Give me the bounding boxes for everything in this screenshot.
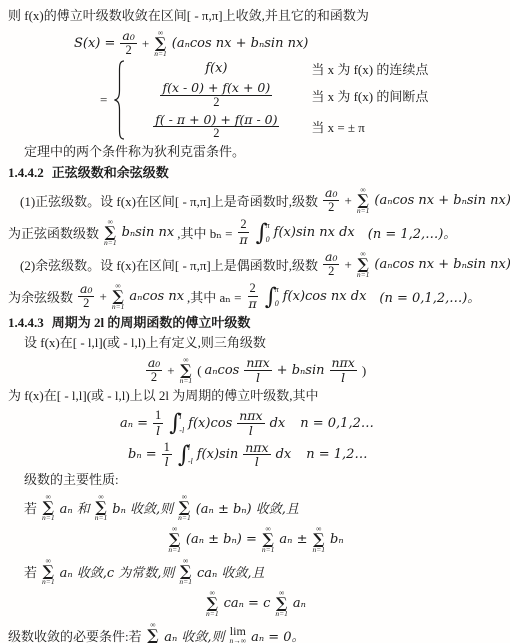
text-fragment: ,其中 bₙ = — [177, 223, 232, 242]
property1-formula: ∞ ∑ n=1 (aₙ ± bₙ) = ∞ ∑ n=1 aₙ ± ∞ ∑ n=1… — [8, 525, 502, 554]
text-fragment: 级数收敛的必要条件:若 — [8, 626, 142, 643]
fraction-numerator: 1 — [153, 409, 163, 424]
sum-symbol: ∞ ∑ n=1 — [262, 525, 275, 554]
formula-lhs: aₙ = — [120, 416, 148, 431]
series-term: (aₙ ± bₙ) 收敛,且 — [196, 498, 299, 517]
dx-symbol: dx — [270, 416, 286, 431]
fraction-denominator: l — [339, 371, 347, 385]
sum-lower-limit: n=1 — [179, 578, 192, 586]
sigma-icon: ∑ — [313, 532, 324, 546]
section-number: 1.4.4.3 — [8, 312, 44, 333]
sum-symbol: ∞ ∑ n=1 — [95, 493, 108, 522]
series-term: aₙ ± — [279, 532, 307, 547]
fraction-numerator: a₀ — [323, 250, 339, 265]
integrand: f(x)sin nx dx — [274, 225, 355, 240]
integral-limits: l -l — [179, 412, 184, 435]
fraction-denominator: l — [163, 455, 171, 469]
necessary-condition-line: 级数收敛的必要条件:若 ∞ ∑ n=1 aₙ 收敛,则 lim n→∞ aₙ =… — [8, 621, 502, 643]
sigma-icon: ∑ — [276, 596, 287, 610]
sigma-icon: ∑ — [262, 532, 273, 546]
fraction-numerator: 1 — [162, 441, 172, 456]
series-term: aₙ — [293, 596, 306, 611]
sum-symbol: ∞ ∑ n=1 — [275, 589, 288, 618]
fraction-numerator: 2 — [248, 282, 258, 297]
integral-upper-limit: l — [179, 412, 184, 421]
fraction-numerator: f( - π + 0) + f(π - 0) — [153, 113, 279, 128]
sigma-icon: ∑ — [95, 500, 106, 514]
integral-limits: l -l — [188, 443, 193, 466]
textbook-page: 则 f(x)的傅立叶级数收敛在区间[ - π,π]上收敛,并且它的和函数为 S(… — [0, 0, 510, 643]
fraction-1-over-l: 1 l — [162, 441, 172, 470]
section-number: 1.4.4.2 — [8, 162, 44, 183]
fraction-denominator: 2 — [211, 127, 221, 141]
plus-sign: + — [344, 257, 351, 273]
fraction-denominator: 2 — [326, 265, 336, 279]
fraction-npix-over-l: nπx l — [330, 356, 357, 385]
plus-sign: + — [99, 289, 106, 305]
fraction-a0-over-2: a₀ 2 — [323, 250, 339, 279]
integral-lower-limit: -l — [188, 457, 193, 466]
index-range: (n = 1,2,…)。 — [368, 223, 456, 242]
plus-sign: + — [344, 193, 351, 209]
fraction-denominator: 2 — [211, 96, 221, 110]
fraction-denominator: l — [154, 424, 162, 438]
sigma-icon: ∑ — [179, 500, 190, 514]
fraction: f( - π + 0) + f(π - 0) 2 — [153, 113, 279, 142]
text-fragment: 若 — [24, 498, 37, 517]
series-term: bₙ 收敛,则 — [112, 498, 173, 517]
sum-symbol: ∞ ∑ n=1 — [147, 621, 160, 643]
sigma-icon: ∑ — [207, 596, 218, 610]
index-range: (n = 0,1,2,…)。 — [379, 287, 480, 306]
text-fragment: 为正弦函数级数 — [8, 223, 99, 242]
fraction-npix-over-l: nπx l — [243, 441, 270, 470]
dirichlet-note: 定理中的两个条件称为狄利克雷条件。 — [8, 142, 502, 162]
integrand: f(x)sin — [197, 447, 239, 462]
intro-line: 则 f(x)的傅立叶级数收敛在区间[ - π,π]上收敛,并且它的和函数为 — [8, 6, 502, 26]
sum-lower-limit: n=1 — [262, 546, 275, 554]
text-fragment: (2)余弦级数。设 f(x)在区间[ - π,π]上是偶函数时,级数 — [20, 255, 318, 274]
term-sin: + bₙsin — [277, 363, 325, 378]
integral-upper-limit: π — [266, 221, 270, 230]
fraction-numerator: nπx — [330, 356, 357, 371]
property1-statement: 若 ∞ ∑ n=1 aₙ 和 ∞ ∑ n=1 bₙ 收敛,则 ∞ ∑ n=1 (… — [8, 493, 502, 522]
series-term: aₙ 收敛,c 为常数,则 — [60, 562, 175, 581]
sum-symbol: ∞ ∑ n=1 — [312, 525, 325, 554]
sigma-icon: ∑ — [180, 363, 191, 377]
fraction-denominator: 2 — [326, 201, 336, 215]
section-title: 正弦级数和余弦级数 — [52, 162, 169, 183]
fraction-1-over-l: 1 l — [153, 409, 163, 438]
piecewise-definition: = f(x) 当 x 为 f(x) 的连续点 f(x - 0) + f(x + … — [100, 59, 502, 141]
sum-lower-limit: n=1 — [168, 546, 181, 554]
sum-symbol: ∞ ∑ n=1 — [206, 589, 219, 618]
integral: ∫ π 0 — [265, 285, 279, 308]
term-cos: aₙcos — [205, 363, 240, 378]
series-terms: (aₙcos nx + bₙsin nx) — [374, 193, 510, 208]
fraction-a0-over-2: a₀ 2 — [146, 356, 162, 385]
sum-symbol: ∞ ∑ n=1 — [154, 29, 167, 58]
case-expression: f(x) — [127, 61, 305, 76]
fraction-2-over-pi: 2 π — [247, 282, 259, 311]
fraction-numerator: f(x - 0) + f(x + 0) — [160, 81, 272, 96]
fraction-2-over-pi: 2 π — [237, 218, 249, 247]
sum-symbol: ∞ ∑ n=1 — [112, 282, 125, 311]
case-expression: f(x - 0) + f(x + 0) 2 — [127, 81, 305, 110]
sum-lower-limit: n=1 — [154, 50, 167, 58]
sum-symbol: ∞ ∑ n=1 — [42, 557, 55, 586]
close-paren: ) — [362, 363, 366, 379]
fraction-a0-over-2: a₀ 2 — [78, 282, 94, 311]
period2l-line2: 为 f(x)在[ - l,l](或 - l,l)上以 2l 为周期的傅立叶级数,… — [8, 386, 502, 406]
plus-sign: + — [167, 363, 174, 379]
integral-limits: π 0 — [266, 221, 270, 244]
limit-symbol: lim n→∞ — [229, 626, 246, 643]
fraction-a0-over-2: a₀ 2 — [323, 186, 339, 215]
sum-symbol: ∞ ∑ n=1 — [357, 250, 370, 279]
bn-coefficient-formula: bₙ = 1 l ∫ l -l f(x)sin nπx l dx n = 1,2… — [128, 441, 502, 470]
formula-lhs: bₙ = — [128, 447, 157, 462]
sigma-icon: ∑ — [169, 532, 180, 546]
sigma-icon: ∑ — [147, 628, 158, 642]
section-heading-1443: 1.4.4.3 周期为 2l 的周期函数的傅立叶级数 — [8, 312, 502, 333]
fraction-denominator: l — [247, 424, 255, 438]
trig-series-formula: a₀ 2 + ∞ ∑ n=1 ( aₙcos nπx l + bₙsin nπx… — [8, 356, 502, 385]
sum-lower-limit: n=1 — [42, 514, 55, 522]
fraction-numerator: a₀ — [78, 282, 94, 297]
text-fragment: (1)正弦级数。设 f(x)在区间[ - π,π]上是奇函数时,级数 — [20, 191, 318, 210]
an-coefficient-formula: aₙ = 1 l ∫ l -l f(x)cos nπx l dx n = 0,1… — [120, 409, 502, 438]
integral-upper-limit: π — [275, 285, 279, 294]
series-term: caₙ 收敛,且 — [197, 562, 265, 581]
integral-lower-limit: 0 — [266, 235, 270, 244]
series-term: aₙ 收敛,则 — [164, 626, 224, 643]
fraction-denominator: 2 — [124, 44, 134, 58]
sum-symbol: ∞ ∑ n=1 — [357, 186, 370, 215]
equals-sign: = — [100, 92, 107, 108]
cosine-series-line1: (2)余弦级数。设 f(x)在区间[ - π,π]上是偶函数时,级数 a₀ 2 … — [8, 250, 502, 279]
integral: ∫ π 0 — [256, 221, 270, 244]
open-paren: ( — [197, 363, 201, 379]
fraction-denominator: 2 — [81, 297, 91, 311]
sigma-icon: ∑ — [105, 225, 116, 239]
property2-statement: 若 ∞ ∑ n=1 aₙ 收敛,c 为常数,则 ∞ ∑ n=1 caₙ 收敛,且 — [8, 557, 502, 586]
series-terms: bₙsin nx — [122, 225, 175, 240]
integral: ∫ l -l — [169, 412, 184, 435]
sum-symbol: ∞ ∑ n=1 — [178, 493, 191, 522]
sum-lower-limit: n=1 — [206, 610, 219, 618]
sum-lower-limit: n=1 — [357, 207, 370, 215]
case-condition: 当 x 为 f(x) 的间断点 — [311, 86, 428, 105]
series-terms: aₙcos nx — [129, 289, 184, 304]
fraction-npix-over-l: nπx l — [244, 356, 271, 385]
sum-lower-limit: n=1 — [95, 514, 108, 522]
piecewise-case-endpoints: f( - π + 0) + f(π - 0) 2 当 x = ± π — [127, 113, 428, 142]
piecewise-cases: f(x) 当 x 为 f(x) 的连续点 f(x - 0) + f(x + 0)… — [127, 59, 428, 141]
fraction-a0-over-2: a₀ 2 — [120, 29, 136, 58]
section-title: 周期为 2l 的周期函数的傅立叶级数 — [52, 312, 251, 333]
series-terms: (aₙcos nx + bₙsin nx) — [172, 36, 309, 51]
series-term: aₙ 和 — [60, 498, 90, 517]
section-heading-1442: 1.4.4.2 正弦级数和余弦级数 — [8, 162, 502, 183]
left-brace-icon — [114, 60, 125, 140]
sum-lower-limit: n=1 — [178, 514, 191, 522]
sum-lower-limit: n=1 — [357, 271, 370, 279]
sum-symbol: ∞ ∑ n=1 — [168, 525, 181, 554]
plus-sign: + — [142, 36, 149, 52]
fraction: f(x - 0) + f(x + 0) 2 — [160, 81, 272, 110]
properties-heading: 级数的主要性质: — [8, 470, 502, 490]
fraction-denominator: π — [237, 233, 249, 247]
fraction-denominator: π — [247, 297, 259, 311]
index-range: n = 0,1,2… — [300, 416, 374, 431]
fraction-denominator: l — [253, 455, 261, 469]
limit-result: aₙ = 0。 — [251, 626, 304, 643]
sine-series-line1: (1)正弦级数。设 f(x)在区间[ - π,π]上是奇函数时,级数 a₀ 2 … — [8, 186, 502, 215]
piecewise-case-discontinuous: f(x - 0) + f(x + 0) 2 当 x 为 f(x) 的间断点 — [127, 81, 428, 110]
fraction-denominator: 2 — [149, 371, 159, 385]
case-condition: 当 x 为 f(x) 的连续点 — [311, 59, 428, 78]
dx-symbol: dx — [276, 447, 292, 462]
series-term: (aₙ ± bₙ) = — [186, 532, 257, 547]
series-term: bₙ — [330, 532, 344, 547]
sigma-icon: ∑ — [357, 193, 368, 207]
cosine-series-line2: 为余弦级数 a₀ 2 + ∞ ∑ n=1 aₙcos nx ,其中 aₙ = 2… — [8, 282, 502, 311]
fraction-numerator: nπx — [243, 441, 270, 456]
lim-subscript: n→∞ — [229, 637, 246, 643]
fraction-denominator: l — [254, 371, 262, 385]
case-condition: 当 x = ± π — [311, 117, 365, 136]
sum-lower-limit: n=1 — [180, 377, 193, 385]
integral-limits: π 0 — [275, 285, 279, 308]
fraction-numerator: a₀ — [323, 186, 339, 201]
fraction-numerator: nπx — [237, 409, 264, 424]
sum-lower-limit: n=1 — [104, 239, 117, 247]
sigma-icon: ∑ — [155, 36, 166, 50]
sum-lower-limit: n=1 — [312, 546, 325, 554]
sum-symbol: ∞ ∑ n=1 — [179, 557, 192, 586]
integrand: f(x)cos nx dx — [283, 289, 367, 304]
piecewise-case-continuous: f(x) 当 x 为 f(x) 的连续点 — [127, 59, 428, 78]
sum-lower-limit: n=1 — [112, 303, 125, 311]
property2-formula: ∞ ∑ n=1 caₙ = c ∞ ∑ n=1 aₙ — [8, 589, 502, 618]
integrand: f(x)cos — [188, 416, 232, 431]
sigma-icon: ∑ — [357, 257, 368, 271]
formula-lhs: S(x) = — [74, 36, 115, 51]
series-terms: (aₙcos nx + bₙsin nx) — [374, 257, 510, 272]
series-term: caₙ = c — [224, 596, 271, 611]
text-fragment: 若 — [24, 562, 37, 581]
fraction-numerator: 2 — [238, 218, 248, 233]
text-fragment: ,其中 aₙ = — [187, 287, 241, 306]
sine-series-line2: 为正弦函数级数 ∞ ∑ n=1 bₙsin nx ,其中 bₙ = 2 π ∫ … — [8, 218, 502, 247]
integral: ∫ l -l — [178, 443, 193, 466]
sum-symbol: ∞ ∑ n=1 — [180, 356, 193, 385]
integral-lower-limit: -l — [179, 426, 184, 435]
fraction-numerator: a₀ — [120, 29, 136, 44]
index-range: n = 1,2… — [306, 447, 367, 462]
period2l-line1: 设 f(x)在[ - l,l](或 - l,l)上有定义,则三角级数 — [8, 333, 502, 353]
sum-lower-limit: n=1 — [42, 578, 55, 586]
sum-symbol: ∞ ∑ n=1 — [104, 218, 117, 247]
fraction-numerator: nπx — [244, 356, 271, 371]
sigma-icon: ∑ — [180, 564, 191, 578]
sigma-icon: ∑ — [43, 500, 54, 514]
sigma-icon: ∑ — [112, 289, 123, 303]
integral-lower-limit: 0 — [275, 299, 279, 308]
case-expression: f( - π + 0) + f(π - 0) 2 — [127, 113, 305, 142]
fraction-npix-over-l: nπx l — [237, 409, 264, 438]
sum-symbol: ∞ ∑ n=1 — [42, 493, 55, 522]
sum-lower-limit: n=1 — [275, 610, 288, 618]
fraction-numerator: a₀ — [146, 356, 162, 371]
sigma-icon: ∑ — [43, 564, 54, 578]
integral-upper-limit: l — [188, 443, 193, 452]
sum-function-formula: S(x) = a₀ 2 + ∞ ∑ n=1 (aₙcos nx + bₙsin … — [74, 29, 502, 58]
text-fragment: 为余弦级数 — [8, 287, 73, 306]
